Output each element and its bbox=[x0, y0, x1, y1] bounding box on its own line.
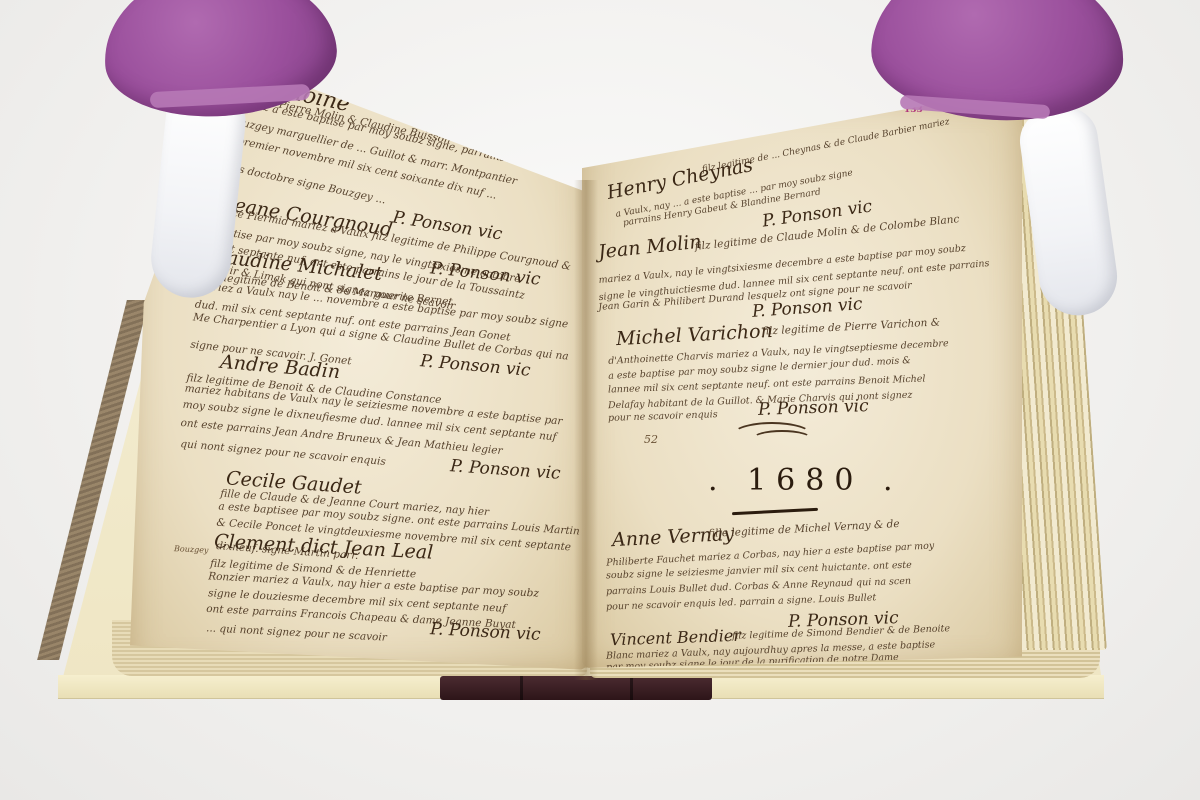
entry-line: pour ne scavoir enquis bbox=[608, 410, 718, 423]
entry-name: Michel Varichon bbox=[616, 322, 774, 349]
signature: P. Ponson vic bbox=[752, 296, 864, 321]
book-gutter-shadow bbox=[574, 180, 598, 680]
entry-line: filz legitime de Pierre Varichon & bbox=[762, 317, 940, 337]
signature: P. Ponson vic bbox=[758, 398, 869, 419]
margin-note: Bouzgey bbox=[174, 545, 209, 555]
entry-line: fille legitime de Michel Vernay & de bbox=[708, 519, 900, 540]
photo-scene: Anthoine filz de Pierre Molin & Claudine… bbox=[0, 0, 1200, 800]
entry-name: Vincent Bendier bbox=[610, 628, 741, 649]
entry-name: Jean Molin bbox=[597, 233, 702, 263]
signature: P. Ponson vic bbox=[419, 353, 531, 380]
page-number: 52 bbox=[644, 434, 658, 445]
right-manuscript-page: 133 Henry Cheynas filz legitime de ... C… bbox=[582, 100, 1022, 668]
entry-line: filz legitime de ... Cheynas & de Claude… bbox=[701, 118, 950, 175]
year-heading: . 1680 . bbox=[708, 466, 903, 496]
decorative-flourish bbox=[752, 430, 812, 448]
signature: P. Ponson vic bbox=[430, 621, 541, 644]
entry-line: ... qui nont signez pour ne scavoir bbox=[206, 623, 387, 643]
year-underline bbox=[732, 508, 818, 515]
entry-line: filz legitime de Simond Bendier & de Ben… bbox=[732, 624, 950, 641]
signature: P. Ponson vic bbox=[450, 458, 562, 483]
